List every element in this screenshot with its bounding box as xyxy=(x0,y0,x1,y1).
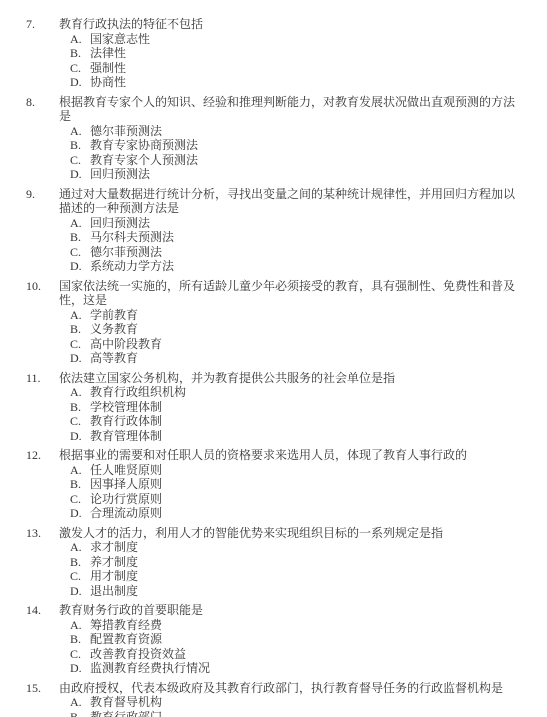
option-row: B. 养才制度 xyxy=(70,555,520,570)
option-text: 养才制度 xyxy=(90,555,520,570)
option-text: 教育行政部门 xyxy=(90,710,520,717)
option-row: B. 学校管理体制 xyxy=(70,400,520,415)
option-label: A. xyxy=(70,463,90,478)
option-row: A. 求才制度 xyxy=(70,540,520,555)
option-label: B. xyxy=(70,230,90,245)
option-row: D. 监测教育经费执行情况 xyxy=(70,661,520,676)
option-text: 教育督导机构 xyxy=(90,695,520,710)
option-label: A. xyxy=(70,216,90,231)
option-label: B. xyxy=(70,477,90,492)
option-row: C. 德尔菲预测法 xyxy=(70,245,520,260)
option-row: C. 高中阶段教育 xyxy=(70,337,520,352)
question-text: 教育财务行政的首要职能是 xyxy=(59,603,520,618)
question-head: 14. 教育财务行政的首要职能是 xyxy=(26,603,520,618)
question-number: 14. xyxy=(26,603,59,618)
option-row: D. 系统动力学方法 xyxy=(70,259,520,274)
option-text: 法律性 xyxy=(90,46,520,61)
question-head: 11. 依法建立国家公务机构，并为教育提供公共服务的社会单位是指 xyxy=(26,371,520,386)
option-row: D. 合理流动原则 xyxy=(70,506,520,521)
option-text: 回归预测法 xyxy=(90,216,520,231)
option-text: 用才制度 xyxy=(90,569,520,584)
option-label: D. xyxy=(70,506,90,521)
question-number: 8. xyxy=(26,95,59,124)
option-label: A. xyxy=(70,695,90,710)
option-text: 高等教育 xyxy=(90,351,520,366)
option-label: C. xyxy=(70,153,90,168)
option-row: D. 教育管理体制 xyxy=(70,429,520,444)
question-head: 7. 教育行政执法的特征不包括 xyxy=(26,17,520,32)
question-item: 11. 依法建立国家公务机构，并为教育提供公共服务的社会单位是指 A. 教育行政… xyxy=(26,371,520,444)
option-row: A. 学前教育 xyxy=(70,308,520,323)
option-label: C. xyxy=(70,414,90,429)
option-row: D. 退出制度 xyxy=(70,584,520,599)
option-row: C. 教育行政体制 xyxy=(70,414,520,429)
question-text: 依法建立国家公务机构，并为教育提供公共服务的社会单位是指 xyxy=(59,371,520,386)
option-label: A. xyxy=(70,540,90,555)
option-row: A. 任人唯贤原则 xyxy=(70,463,520,478)
question-text: 根据事业的需要和对任职人员的资格要求来选用人员，体现了教育人事行政的 xyxy=(59,448,520,463)
option-label: C. xyxy=(70,569,90,584)
option-text: 论功行赏原则 xyxy=(90,492,520,507)
option-row: C. 用才制度 xyxy=(70,569,520,584)
option-row: C. 论功行赏原则 xyxy=(70,492,520,507)
option-text: 教育专家个人预测法 xyxy=(90,153,520,168)
exam-page: 7. 教育行政执法的特征不包括 A. 国家意志性 B. 法律性 C. 强制性 D… xyxy=(0,0,547,717)
question-text: 激发人才的活力，利用人才的智能优势来实现组织目标的一系列规定是指 xyxy=(59,526,520,541)
question-list: 7. 教育行政执法的特征不包括 A. 国家意志性 B. 法律性 C. 强制性 D… xyxy=(26,17,520,717)
option-label: C. xyxy=(70,245,90,260)
question-head: 8. 根据教育专家个人的知识、经验和推理判断能力，对教育发展状况做出直观预测的方… xyxy=(26,95,520,124)
question-item: 9. 通过对大量数据进行统计分析，寻找出变量之间的某种统计规律性，并用回归方程加… xyxy=(26,187,520,274)
question-head: 9. 通过对大量数据进行统计分析，寻找出变量之间的某种统计规律性，并用回归方程加… xyxy=(26,187,520,216)
option-text: 合理流动原则 xyxy=(90,506,520,521)
question-text: 根据教育专家个人的知识、经验和推理判断能力，对教育发展状况做出直观预测的方法是 xyxy=(59,95,520,124)
question-item: 8. 根据教育专家个人的知识、经验和推理判断能力，对教育发展状况做出直观预测的方… xyxy=(26,95,520,182)
option-label: A. xyxy=(70,385,90,400)
option-text: 德尔菲预测法 xyxy=(90,245,520,260)
option-label: C. xyxy=(70,647,90,662)
option-text: 任人唯贤原则 xyxy=(90,463,520,478)
question-text: 国家依法统一实施的，所有适龄儿童少年必须接受的教育，具有强制性、免费性和普及性，… xyxy=(59,279,520,308)
option-row: C. 改善教育投资效益 xyxy=(70,647,520,662)
option-text: 教育管理体制 xyxy=(90,429,520,444)
option-text: 学校管理体制 xyxy=(90,400,520,415)
option-label: A. xyxy=(70,32,90,47)
option-label: D. xyxy=(70,75,90,90)
question-number: 10. xyxy=(26,279,59,308)
option-row: C. 教育专家个人预测法 xyxy=(70,153,520,168)
option-text: 高中阶段教育 xyxy=(90,337,520,352)
question-item: 12. 根据事业的需要和对任职人员的资格要求来选用人员，体现了教育人事行政的 A… xyxy=(26,448,520,521)
option-label: B. xyxy=(70,710,90,717)
option-label: A. xyxy=(70,618,90,633)
option-row: B. 教育专家协商预测法 xyxy=(70,138,520,153)
option-label: D. xyxy=(70,584,90,599)
option-label: C. xyxy=(70,61,90,76)
option-text: 教育专家协商预测法 xyxy=(90,138,520,153)
option-row: D. 高等教育 xyxy=(70,351,520,366)
option-label: B. xyxy=(70,138,90,153)
option-text: 协商性 xyxy=(90,75,520,90)
question-head: 12. 根据事业的需要和对任职人员的资格要求来选用人员，体现了教育人事行政的 xyxy=(26,448,520,463)
option-row: A. 回归预测法 xyxy=(70,216,520,231)
option-text: 强制性 xyxy=(90,61,520,76)
option-text: 马尔科夫预测法 xyxy=(90,230,520,245)
option-row: D. 回归预测法 xyxy=(70,167,520,182)
option-row: A. 筹措教育经费 xyxy=(70,618,520,633)
option-text: 教育行政体制 xyxy=(90,414,520,429)
question-item: 10. 国家依法统一实施的，所有适龄儿童少年必须接受的教育，具有强制性、免费性和… xyxy=(26,279,520,366)
option-label: B. xyxy=(70,632,90,647)
option-text: 学前教育 xyxy=(90,308,520,323)
question-number: 9. xyxy=(26,187,59,216)
option-row: A. 教育行政组织机构 xyxy=(70,385,520,400)
option-label: A. xyxy=(70,308,90,323)
question-number: 15. xyxy=(26,681,59,696)
option-label: D. xyxy=(70,661,90,676)
question-number: 13. xyxy=(26,526,59,541)
option-text: 德尔菲预测法 xyxy=(90,124,520,139)
question-head: 10. 国家依法统一实施的，所有适龄儿童少年必须接受的教育，具有强制性、免费性和… xyxy=(26,279,520,308)
option-label: B. xyxy=(70,555,90,570)
option-label: D. xyxy=(70,167,90,182)
question-item: 13. 激发人才的活力，利用人才的智能优势来实现组织目标的一系列规定是指 A. … xyxy=(26,526,520,599)
option-text: 改善教育投资效益 xyxy=(90,647,520,662)
option-text: 筹措教育经费 xyxy=(90,618,520,633)
option-row: C. 强制性 xyxy=(70,61,520,76)
option-text: 因事择人原则 xyxy=(90,477,520,492)
option-label: B. xyxy=(70,322,90,337)
option-label: C. xyxy=(70,337,90,352)
question-number: 12. xyxy=(26,448,59,463)
option-text: 义务教育 xyxy=(90,322,520,337)
option-row: A. 教育督导机构 xyxy=(70,695,520,710)
option-row: B. 配置教育资源 xyxy=(70,632,520,647)
question-text: 由政府授权，代表本级政府及其教育行政部门，执行教育督导任务的行政监督机构是 xyxy=(59,681,520,696)
option-text: 求才制度 xyxy=(90,540,520,555)
question-head: 15. 由政府授权，代表本级政府及其教育行政部门，执行教育督导任务的行政监督机构… xyxy=(26,681,520,696)
option-label: D. xyxy=(70,259,90,274)
question-head: 13. 激发人才的活力，利用人才的智能优势来实现组织目标的一系列规定是指 xyxy=(26,526,520,541)
option-text: 教育行政组织机构 xyxy=(90,385,520,400)
question-text: 通过对大量数据进行统计分析，寻找出变量之间的某种统计规律性，并用回归方程加以描述… xyxy=(59,187,520,216)
question-number: 7. xyxy=(26,17,59,32)
option-text: 国家意志性 xyxy=(90,32,520,47)
option-label: B. xyxy=(70,46,90,61)
question-item: 14. 教育财务行政的首要职能是 A. 筹措教育经费 B. 配置教育资源 C. … xyxy=(26,603,520,676)
option-label: B. xyxy=(70,400,90,415)
option-text: 监测教育经费执行情况 xyxy=(90,661,520,676)
option-label: A. xyxy=(70,124,90,139)
option-row: B. 因事择人原则 xyxy=(70,477,520,492)
option-row: B. 马尔科夫预测法 xyxy=(70,230,520,245)
option-text: 回归预测法 xyxy=(90,167,520,182)
question-item: 15. 由政府授权，代表本级政府及其教育行政部门，执行教育督导任务的行政监督机构… xyxy=(26,681,520,717)
option-text: 系统动力学方法 xyxy=(90,259,520,274)
option-row: B. 法律性 xyxy=(70,46,520,61)
option-row: D. 协商性 xyxy=(70,75,520,90)
option-label: D. xyxy=(70,429,90,444)
option-text: 配置教育资源 xyxy=(90,632,520,647)
option-label: D. xyxy=(70,351,90,366)
option-row: A. 德尔菲预测法 xyxy=(70,124,520,139)
option-label: C. xyxy=(70,492,90,507)
question-item: 7. 教育行政执法的特征不包括 A. 国家意志性 B. 法律性 C. 强制性 D… xyxy=(26,17,520,90)
option-row: B. 教育行政部门 xyxy=(70,710,520,717)
question-number: 11. xyxy=(26,371,59,386)
question-text: 教育行政执法的特征不包括 xyxy=(59,17,520,32)
option-text: 退出制度 xyxy=(90,584,520,599)
option-row: A. 国家意志性 xyxy=(70,32,520,47)
option-row: B. 义务教育 xyxy=(70,322,520,337)
